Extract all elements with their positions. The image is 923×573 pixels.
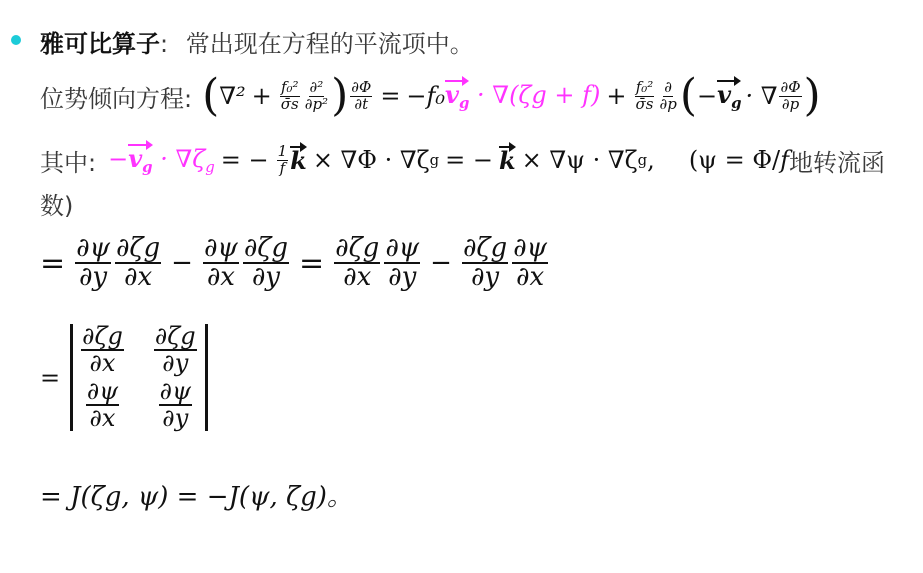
det-cell-22: ∂ψ∂y: [154, 379, 197, 431]
frac-8: ∂ψ∂x: [512, 235, 548, 292]
tendency-label: 位势倾向方程:: [40, 79, 192, 114]
frac-4: ∂ζg∂y: [243, 235, 289, 292]
bullet-colon: :: [160, 30, 168, 58]
d2-dp2-fraction: ∂²∂p²: [304, 80, 329, 113]
dphi-dt-fraction: ∂Φ∂t: [350, 80, 372, 113]
determinant-matrix: ∂ζg∂x ∂ζg∂y ∂ψ∂x ∂ψ∂y: [70, 324, 208, 431]
frac-5: ∂ζg∂x: [334, 235, 380, 292]
determinant-equation: = ∂ζg∂x ∂ζg∂y ∂ψ∂x ∂ψ∂y: [40, 310, 208, 445]
highlight-lhs: −vg · ∇ζg: [108, 144, 215, 176]
streamfunction-label: 地转流函: [789, 143, 885, 178]
dphi-dp-fraction: ∂Φ∂p: [779, 80, 801, 113]
streamfunction-label-cont: 数): [40, 186, 73, 221]
expansion-equation: = ∂ψ∂y ∂ζg∂x − ∂ψ∂x ∂ζg∂y = ∂ζg∂x ∂ψ∂y −…: [40, 228, 550, 298]
equals-sign: =: [380, 82, 400, 110]
det-cell-12: ∂ζg∂y: [154, 324, 197, 376]
paren-open: (: [202, 74, 219, 118]
frac-2: ∂ζg∂x: [115, 235, 161, 292]
nabla-squared: ∇²: [219, 82, 245, 110]
one-over-f: 1f: [277, 144, 289, 177]
tendency-equation: 位势倾向方程: ( ∇² + f₀²σ̄s ∂²∂p² ) ∂Φ∂t = −f₀…: [40, 66, 821, 126]
jacobian-result: = J(ζg, ψ) = −J(ψ, ζg)。: [40, 476, 353, 513]
coef-fraction: f₀²σ̄s: [280, 80, 300, 113]
det-cell-21: ∂ψ∂x: [81, 379, 124, 431]
frac-3: ∂ψ∂x: [203, 235, 239, 292]
paren-close-2: ): [804, 74, 821, 118]
frac-6: ∂ψ∂y: [384, 235, 420, 292]
where-equation: 其中: −vg · ∇ζg = − 1f k × ∇Φ · ∇ζg = − k …: [40, 138, 885, 182]
bullet-line: 雅可比算子: 常出现在方程的平流项中。: [40, 24, 474, 59]
frac-7: ∂ζg∂y: [462, 235, 508, 292]
where-math: −vg · ∇ζg = − 1f k × ∇Φ · ∇ζg = − k × ∇ψ…: [108, 144, 789, 177]
bullet-desc: 常出现在方程的平流项中。: [186, 30, 474, 58]
plus-sign: +: [252, 82, 272, 110]
vector-k: k: [290, 146, 307, 175]
where-label: 其中:: [40, 143, 96, 178]
det-cell-11: ∂ζg∂x: [81, 324, 124, 376]
d-dp-fraction: ∂∂p: [658, 80, 677, 113]
vector-vg-3: vg: [128, 144, 152, 176]
tendency-math: ( ∇² + f₀²σ̄s ∂²∂p² ) ∂Φ∂t = −f₀ vg · ∇(…: [202, 74, 821, 118]
coef-fraction-2: f₀²σ̄s: [635, 80, 655, 113]
plus-sign-2: +: [606, 82, 626, 110]
vector-k-2: k: [499, 146, 516, 175]
vector-vg: vg: [445, 80, 469, 112]
vector-vg-2: vg: [717, 80, 741, 112]
paren-open-2: (: [680, 74, 697, 118]
neg-f0: −f₀: [406, 82, 445, 110]
frac-1: ∂ψ∂y: [75, 235, 111, 292]
advection-term: vg · ∇(ζg + f): [445, 80, 600, 112]
bullet-dot: [11, 35, 21, 45]
bullet-title: 雅可比算子: [40, 30, 160, 58]
paren-close: ): [331, 74, 348, 118]
streamfunction-note: (ψ = Φ/: [689, 146, 780, 174]
